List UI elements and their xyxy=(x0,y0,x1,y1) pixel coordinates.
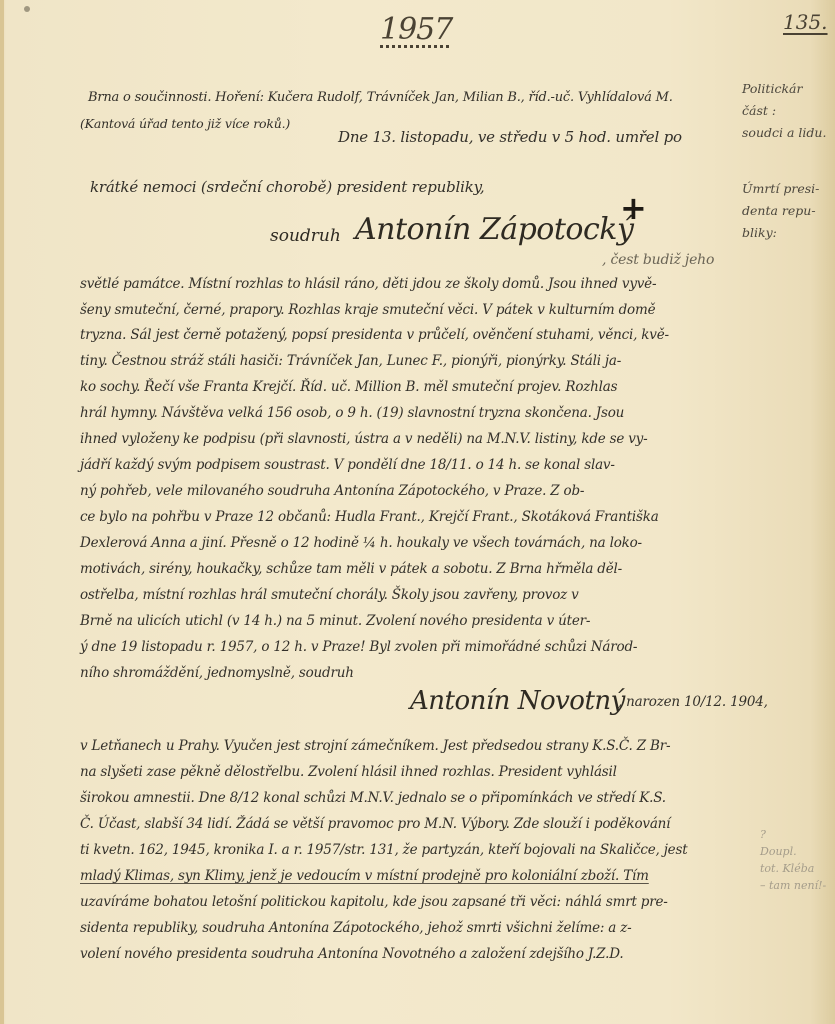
text-line: na slyšeti zase pěkně dělostřelbu. Zvole… xyxy=(80,764,617,780)
text-line: volení nového presidenta soudruha Antoní… xyxy=(80,946,623,962)
text-line: (Kantová úřad tento již více roků.) xyxy=(80,116,290,131)
text-line: Č. Účast, slabší 34 lidí. Žádá se větší … xyxy=(80,816,670,832)
text-line: světlé památce. Místní rozhlas to hlásil… xyxy=(80,276,656,292)
text-line: v Letňanech u Prahy. Vyučen jest strojní… xyxy=(80,738,670,754)
new-president-name: Antonín Novotný xyxy=(410,686,625,716)
text-line: krátké nemoci (srdeční chorobě) presiden… xyxy=(90,178,484,196)
text-line: šeny smuteční, černé, prapory. Rozhlas k… xyxy=(80,302,655,318)
text-line: , narozen 10/12. 1904, xyxy=(618,694,768,710)
text-line: Dne 13. listopadu, ve středu v 5 hod. um… xyxy=(338,128,682,146)
year-heading: 1957 xyxy=(380,12,452,47)
page-number: 135. xyxy=(783,10,828,34)
text-line: tryzna. Sál jest černě potažený, popsí p… xyxy=(80,327,669,343)
text-line: ý dne 19 listopadu r. 1957, o 12 h. v Pr… xyxy=(80,639,637,655)
cross-icon: + xyxy=(620,192,647,224)
text-line: uzavíráme bohatou letošní politickou kap… xyxy=(80,894,668,910)
text-line: soudruh xyxy=(270,226,341,246)
text-line: ostřelba, místní rozhlas hrál smuteční c… xyxy=(80,587,579,603)
text-line: , čest budiž jeho xyxy=(602,252,714,268)
page-binding-edge xyxy=(0,0,4,1024)
margin-note-politics: Politickár část : soudci a lidu. xyxy=(742,78,826,144)
text-line: ko sochy. Řečí vše Franta Krejčí. Říd. u… xyxy=(80,379,617,395)
deceased-president-name: Antonín Zápotocký xyxy=(355,212,633,247)
margin-note-death: Úmrtí presi- denta repu- bliky: xyxy=(742,178,819,244)
text-line: Brna o součinnosti. Hoření: Kučera Rudol… xyxy=(88,90,673,105)
text-line: jádří každý svým podpisem soustrast. V p… xyxy=(80,457,615,473)
text-line: širokou amnestii. Dne 8/12 konal schůzi … xyxy=(80,790,666,806)
text-line: hrál hymny. Návštěva velká 156 osob, o 9… xyxy=(80,405,624,421)
text-line: Dexlerová Anna a jiní. Přesně o 12 hodin… xyxy=(80,535,642,551)
text-line: motivách, sirény, houkačky, schůze tam m… xyxy=(80,561,622,577)
text-line: sidenta republiky, soudruha Antonína Záp… xyxy=(80,920,632,936)
margin-note-pencil: ? Doupl. tot. Kléba – tam není!- xyxy=(760,826,826,894)
chronicle-page: 1957 135. Brna o součinnosti. Hoření: Ku… xyxy=(0,0,835,1024)
text-line: ce bylo na pohřbu v Praze 12 občanů: Hud… xyxy=(80,509,659,525)
text-line: ihned vyloženy ke podpisu (při slavnosti… xyxy=(80,431,647,447)
text-line: ti kvetn. 162, 1945, kronika I. a r. 195… xyxy=(80,842,687,858)
text-line: mladý Klimas, syn Klimy, jenž je vedoucí… xyxy=(80,868,649,884)
text-line: Brně na ulicích utichl (v 14 h.) na 5 mi… xyxy=(80,613,590,629)
text-line: tiny. Čestnou stráž stáli hasiči: Trávní… xyxy=(80,353,621,369)
text-line: ního shromáždění, jednomyslně, soudruh xyxy=(80,665,354,681)
text-line: ný pohřeb, vele milovaného soudruha Anto… xyxy=(80,483,584,499)
ink-smudge xyxy=(24,6,30,12)
